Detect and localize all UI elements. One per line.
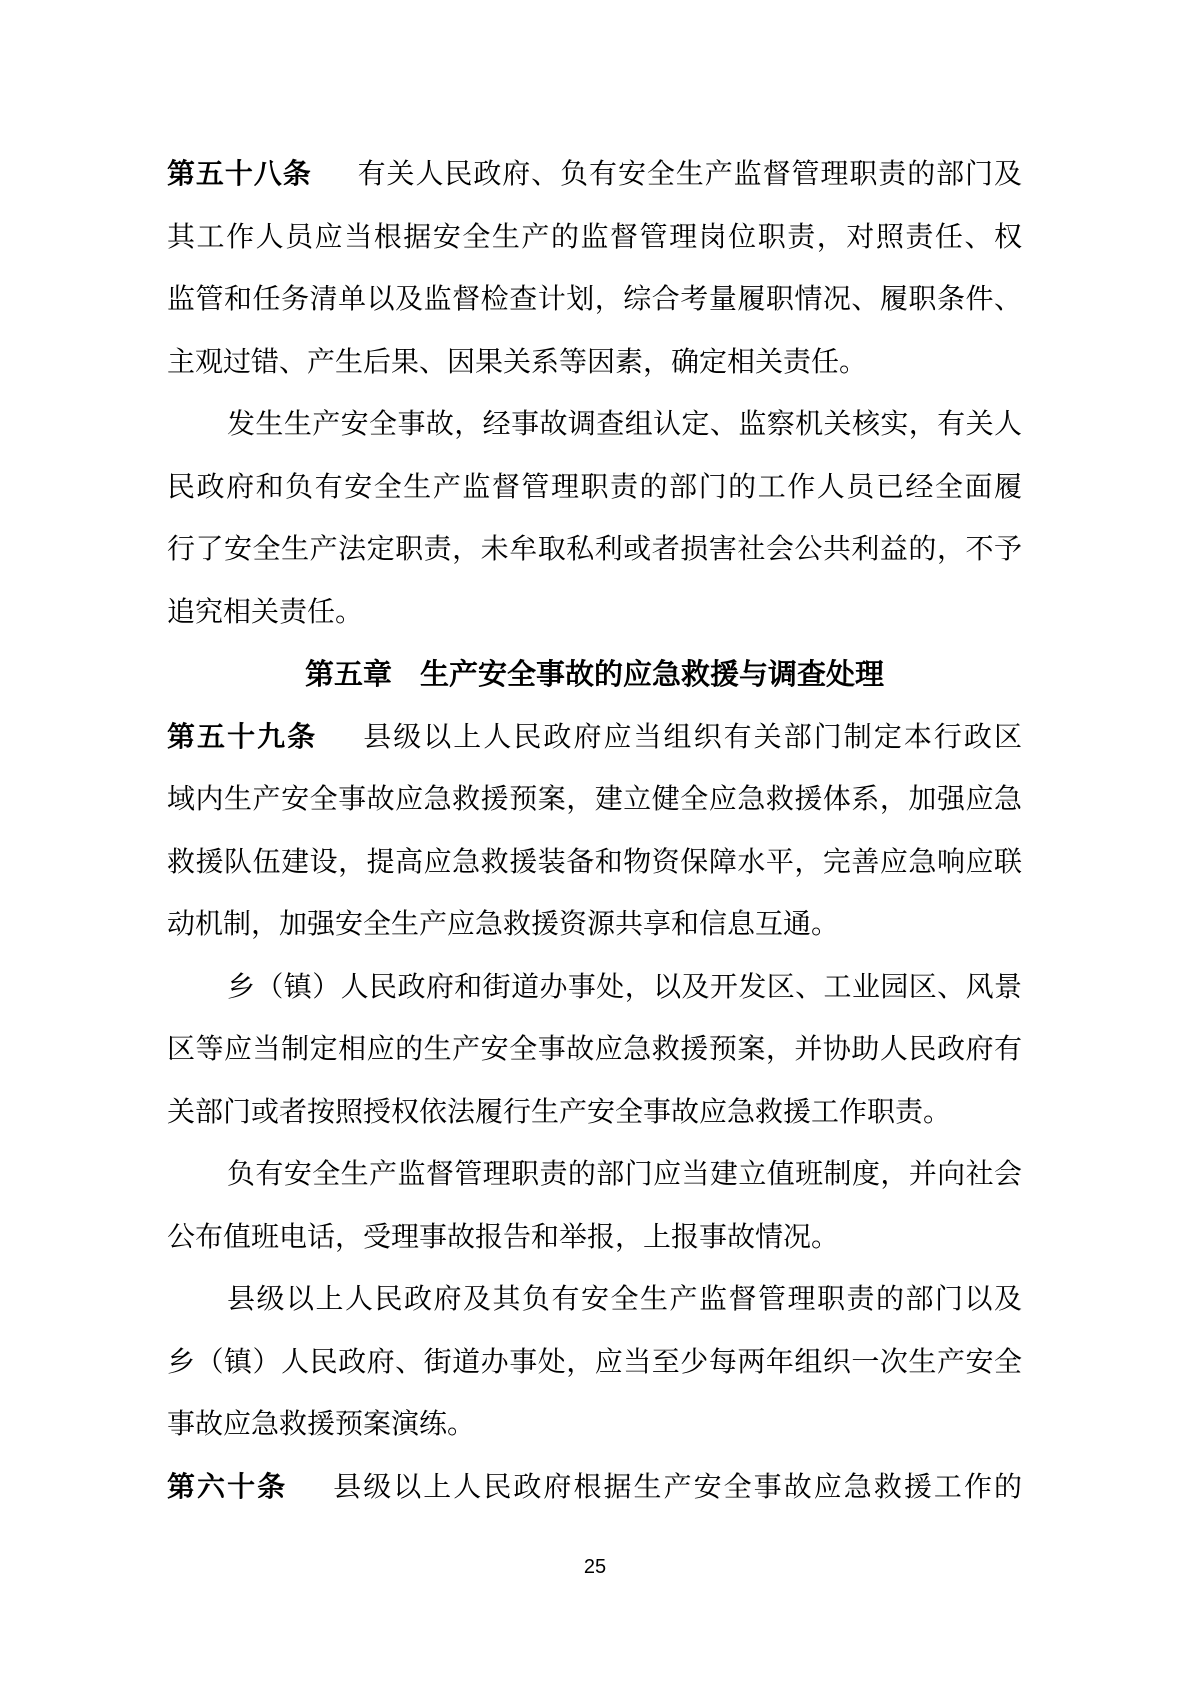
text-line: 区等应当制定相应的生产安全事故应急救援预案，并协助人民政府有: [167, 1019, 1022, 1082]
line-text: 有关人民政府、负有安全生产监督管理职责的部门及: [358, 159, 1022, 190]
paragraph-first-line: 乡（镇）人民政府和街道办事处，以及开发区、工业园区、风景: [167, 957, 1022, 1020]
text-line: 关部门或者按照授权依法履行生产安全事故应急救援工作职责。: [167, 1082, 1022, 1145]
text-line: 其工作人员应当根据安全生产的监督管理岗位职责，对照责任、权力、: [167, 207, 1022, 270]
line-text: 关部门或者按照授权依法履行生产安全事故应急救援工作职责。: [167, 1097, 951, 1128]
line-text: 公布值班电话，受理事故报告和举报，上报事故情况。: [167, 1222, 839, 1253]
chapter-title: 生产安全事故的应急救援与调查处理: [420, 659, 884, 691]
text-line: 主观过错、产生后果、因果关系等因素，确定相关责任。: [167, 332, 1022, 395]
line-text: 乡（镇）人民政府和街道办事处，以及开发区、工业园区、风景: [227, 972, 1022, 1003]
chapter-5-heading: 第五章生产安全事故的应急救援与调查处理: [167, 644, 1022, 707]
line-text: 动机制，加强安全生产应急救援资源共享和信息互通。: [167, 909, 839, 940]
article-59-first-line: 第五十九条县级以上人民政府应当组织有关部门制定本行政区: [167, 707, 1022, 770]
article-59-number: 第五十九条: [167, 722, 317, 753]
paragraph-first-line: 发生生产安全事故，经事故调查组认定、监察机关核实，有关人: [167, 394, 1022, 457]
text-line: 乡（镇）人民政府、街道办事处，应当至少每两年组织一次生产安全: [167, 1332, 1022, 1395]
line-text: 主观过错、产生后果、因果关系等因素，确定相关责任。: [167, 347, 867, 378]
text-line: 事故应急救援预案演练。: [167, 1394, 1022, 1457]
line-text: 发生生产安全事故，经事故调查组认定、监察机关核实，有关人: [227, 409, 1022, 440]
line-text: 县级以上人民政府及其负有安全生产监督管理职责的部门以及: [227, 1284, 1022, 1315]
line-text: 乡（镇）人民政府、街道办事处，应当至少每两年组织一次生产安全: [167, 1347, 1022, 1378]
text-line: 行了安全生产法定职责，未牟取私利或者损害社会公共利益的，不予: [167, 519, 1022, 582]
line-text: 追究相关责任。: [167, 597, 363, 628]
line-text: 区等应当制定相应的生产安全事故应急救援预案，并协助人民政府有: [167, 1034, 1022, 1065]
line-text: 行了安全生产法定职责，未牟取私利或者损害社会公共利益的，不予: [167, 534, 1022, 565]
article-58-first-line: 第五十八条有关人民政府、负有安全生产监督管理职责的部门及: [167, 144, 1022, 207]
line-text: 救援队伍建设，提高应急救援装备和物资保障水平，完善应急响应联: [167, 847, 1022, 878]
line-text: 事故应急救援预案演练。: [167, 1409, 475, 1440]
page-number: 25: [0, 1556, 1190, 1579]
text-line: 动机制，加强安全生产应急救援资源共享和信息互通。: [167, 894, 1022, 957]
line-text: 民政府和负有安全生产监督管理职责的部门的工作人员已经全面履: [167, 472, 1022, 503]
text-line: 追究相关责任。: [167, 582, 1022, 645]
document-body: 第五十八条有关人民政府、负有安全生产监督管理职责的部门及 其工作人员应当根据安全…: [167, 144, 1022, 1519]
text-line: 民政府和负有安全生产监督管理职责的部门的工作人员已经全面履: [167, 457, 1022, 520]
line-text: 县级以上人民政府根据生产安全事故应急救援工作的: [333, 1472, 1022, 1503]
article-60-number: 第六十条: [167, 1472, 287, 1503]
article-60-first-line: 第六十条县级以上人民政府根据生产安全事故应急救援工作的: [167, 1457, 1022, 1520]
line-text: 监管和任务清单以及监督检查计划，综合考量履职情况、履职条件、: [167, 284, 1022, 315]
line-text: 其工作人员应当根据安全生产的监督管理岗位职责，对照责任、权力、: [167, 222, 1022, 270]
paragraph-first-line: 县级以上人民政府及其负有安全生产监督管理职责的部门以及: [167, 1269, 1022, 1332]
chapter-number: 第五章: [305, 659, 392, 691]
text-line: 公布值班电话，受理事故报告和举报，上报事故情况。: [167, 1207, 1022, 1270]
article-58-number: 第五十八条: [167, 159, 312, 190]
paragraph-first-line: 负有安全生产监督管理职责的部门应当建立值班制度，并向社会: [167, 1144, 1022, 1207]
text-line: 域内生产安全事故应急救援预案，建立健全应急救援体系，加强应急: [167, 769, 1022, 832]
line-text: 县级以上人民政府应当组织有关部门制定本行政区: [363, 722, 1022, 753]
line-text: 域内生产安全事故应急救援预案，建立健全应急救援体系，加强应急: [167, 784, 1022, 815]
line-text: 负有安全生产监督管理职责的部门应当建立值班制度，并向社会: [227, 1159, 1022, 1190]
text-line: 监管和任务清单以及监督检查计划，综合考量履职情况、履职条件、: [167, 269, 1022, 332]
document-page: 第五十八条有关人民政府、负有安全生产监督管理职责的部门及 其工作人员应当根据安全…: [0, 0, 1190, 1683]
text-line: 救援队伍建设，提高应急救援装备和物资保障水平，完善应急响应联: [167, 832, 1022, 895]
